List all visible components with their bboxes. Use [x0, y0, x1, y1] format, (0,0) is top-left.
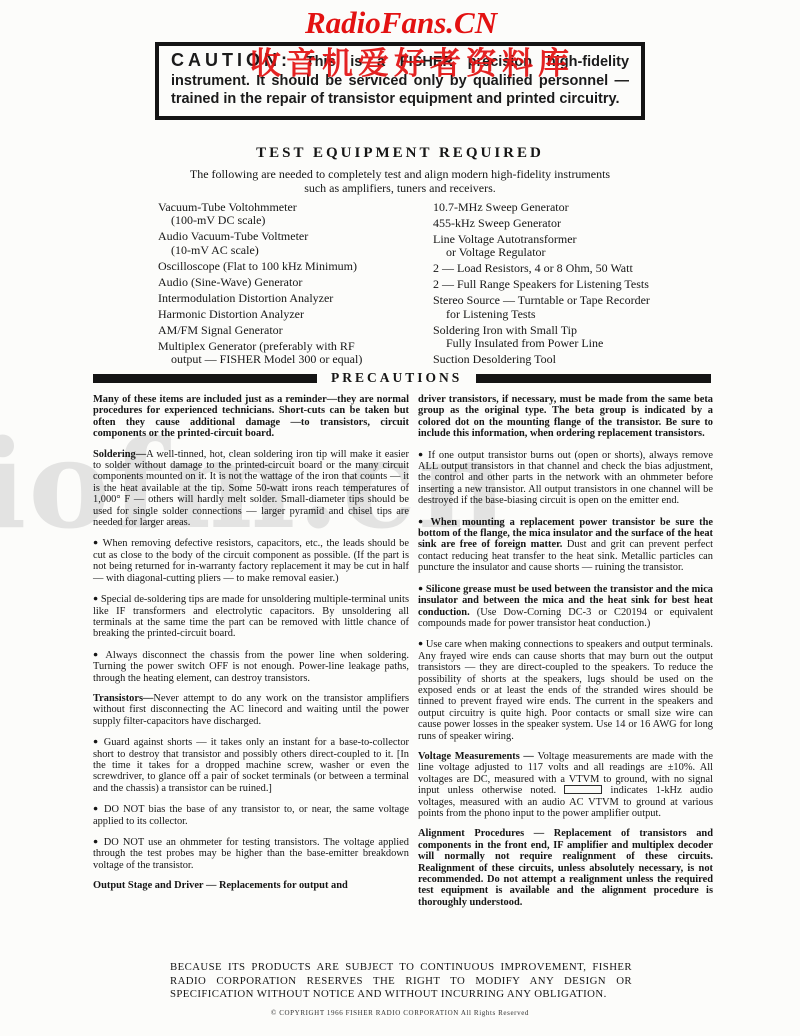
equipment-item-detail: output — FISHER Model 300 or equal) [158, 353, 433, 366]
precaution-paragraph: Output Stage and Driver — Replacements f… [93, 880, 409, 891]
equipment-item: 455-kHz Sweep Generator [433, 217, 706, 230]
red-watermark-site: RadioFans.CN [305, 5, 497, 41]
bullet-icon: ● [93, 593, 98, 603]
precautions-right-column: driver transistors, if necessary, must b… [418, 394, 713, 917]
precaution-paragraph: ● When removing defective resistors, cap… [93, 537, 409, 584]
equipment-item: Line Voltage Autotransformeror Voltage R… [433, 233, 706, 260]
equipment-item: AM/FM Signal Generator [158, 324, 433, 337]
equipment-item-detail: (100-mV DC scale) [158, 214, 433, 227]
equipment-item: Stereo Source — Turntable or Tape Record… [433, 294, 706, 321]
equipment-item-name: 455-kHz Sweep Generator [433, 217, 706, 230]
equipment-item: Audio Vacuum-Tube Voltmeter(10-mV AC sca… [158, 230, 433, 257]
bullet-icon: ● [93, 649, 101, 659]
equipment-item: Intermodulation Distortion Analyzer [158, 292, 433, 305]
voltage-box-symbol [564, 785, 602, 794]
bullet-icon: ● [93, 803, 100, 813]
bullet-icon: ● [418, 449, 424, 459]
equipment-item-name: 10.7-MHz Sweep Generator [433, 201, 706, 214]
copyright-line: © COPYRIGHT 1966 FISHER RADIO CORPORATIO… [0, 1009, 800, 1017]
equipment-item-name: Oscilloscope (Flat to 100 kHz Minimum) [158, 260, 433, 273]
equipment-item-name: Harmonic Distortion Analyzer [158, 308, 433, 321]
equipment-item-name: Vacuum-Tube Voltohmmeter [158, 201, 433, 214]
equipment-item: Audio (Sine-Wave) Generator [158, 276, 433, 289]
precaution-paragraph: driver transistors, if necessary, must b… [418, 394, 713, 440]
scanned-service-manual-page: iofm.cn CAUTION: This is a FISHER precis… [0, 0, 800, 1036]
equipment-item-name: AM/FM Signal Generator [158, 324, 433, 337]
paragraph-lead: Transistors— [93, 693, 153, 704]
bullet-icon: ● [418, 516, 426, 526]
equipment-item-name: 2 — Full Range Speakers for Listening Te… [433, 278, 706, 291]
bullet-icon: ● [93, 736, 100, 746]
equipment-lists: Vacuum-Tube Voltohmmeter(100-mV DC scale… [158, 201, 706, 369]
bullet-icon: ● [418, 638, 423, 648]
precaution-paragraph: ● DO NOT bias the base of any transistor… [93, 803, 409, 827]
equipment-item-name: Suction Desoldering Tool [433, 353, 706, 366]
precaution-paragraph: Alignment Procedures — Replacement of tr… [418, 828, 713, 908]
paragraph-lead: Voltage Measurements — [418, 751, 537, 762]
equipment-item-name: 2 — Load Resistors, 4 or 8 Ohm, 50 Watt [433, 262, 706, 275]
precautions-left-column: Many of these items are included just as… [93, 394, 409, 901]
equipment-list-right: 10.7-MHz Sweep Generator455-kHz Sweep Ge… [433, 201, 706, 369]
precaution-paragraph: ● Silicone grease must be used between t… [418, 583, 713, 630]
equipment-item-name: Audio Vacuum-Tube Voltmeter [158, 230, 433, 243]
equipment-item-name: Multiplex Generator (preferably with RF [158, 340, 433, 353]
precaution-paragraph: ● DO NOT use an ohmmeter for testing tra… [93, 836, 409, 871]
divider-bar-left [93, 374, 317, 383]
equipment-item: 2 — Full Range Speakers for Listening Te… [433, 278, 706, 291]
paragraph-lead: Soldering— [93, 449, 146, 460]
test-equipment-subtitle-line2: such as amplifiers, tuners and receivers… [0, 181, 800, 195]
paragraph-lead: When mounting a replacement power transi… [418, 517, 713, 551]
equipment-item-detail: for Listening Tests [433, 308, 706, 321]
precaution-paragraph: Voltage Measurements — Voltage measureme… [418, 751, 713, 819]
precaution-paragraph: ● If one output transistor burns out (op… [418, 449, 713, 507]
precaution-paragraph: ● Always disconnect the chassis from the… [93, 649, 409, 684]
equipment-item: 2 — Load Resistors, 4 or 8 Ohm, 50 Watt [433, 262, 706, 275]
equipment-item: Oscilloscope (Flat to 100 kHz Minimum) [158, 260, 433, 273]
equipment-item: Soldering Iron with Small TipFully Insul… [433, 324, 706, 351]
precaution-paragraph: Many of these items are included just as… [93, 394, 409, 440]
bullet-icon: ● [418, 583, 423, 593]
equipment-item-name: Audio (Sine-Wave) Generator [158, 276, 433, 289]
equipment-item: Vacuum-Tube Voltohmmeter(100-mV DC scale… [158, 201, 433, 228]
precaution-paragraph: ● Special de-soldering tips are made for… [93, 593, 409, 640]
test-equipment-subtitle-line1: The following are needed to completely t… [0, 167, 800, 181]
equipment-item-detail: or Voltage Regulator [433, 246, 706, 259]
bullet-icon: ● [93, 836, 100, 846]
equipment-item: 10.7-MHz Sweep Generator [433, 201, 706, 214]
equipment-item-detail: Fully Insulated from Power Line [433, 337, 706, 350]
equipment-item-detail: (10-mV AC scale) [158, 244, 433, 257]
footer-notice: BECAUSE ITS PRODUCTS ARE SUBJECT TO CONT… [170, 961, 632, 1002]
equipment-item-name: Intermodulation Distortion Analyzer [158, 292, 433, 305]
bullet-icon: ● [93, 537, 99, 547]
red-watermark-chinese: 收音机爱好者资料库 [250, 38, 574, 83]
precaution-paragraph: ● When mounting a replacement power tran… [418, 516, 713, 574]
equipment-item-name: Soldering Iron with Small Tip [433, 324, 706, 337]
equipment-item-name: Line Voltage Autotransformer [433, 233, 706, 246]
paragraph-lead: Silicone grease must be used between the… [418, 584, 713, 618]
equipment-item: Multiplex Generator (preferably with RFo… [158, 340, 433, 367]
precaution-paragraph: Soldering—A well-tinned, hot, clean sold… [93, 449, 409, 529]
test-equipment-title: TEST EQUIPMENT REQUIRED [0, 145, 800, 162]
precautions-title: PRECAUTIONS [317, 370, 476, 386]
precaution-paragraph: Transistors—Never attempt to do any work… [93, 693, 409, 727]
equipment-item-name: Stereo Source — Turntable or Tape Record… [433, 294, 706, 307]
equipment-item: Suction Desoldering Tool [433, 353, 706, 366]
equipment-item: Harmonic Distortion Analyzer [158, 308, 433, 321]
test-equipment-subtitle: The following are needed to completely t… [0, 167, 800, 195]
divider-bar-right [476, 374, 711, 383]
equipment-list-left: Vacuum-Tube Voltohmmeter(100-mV DC scale… [158, 201, 433, 369]
precaution-paragraph: ● Guard against shorts — it takes only a… [93, 736, 409, 794]
precaution-paragraph: ● Use care when making connections to sp… [418, 638, 713, 742]
precautions-divider: PRECAUTIONS [93, 370, 711, 386]
